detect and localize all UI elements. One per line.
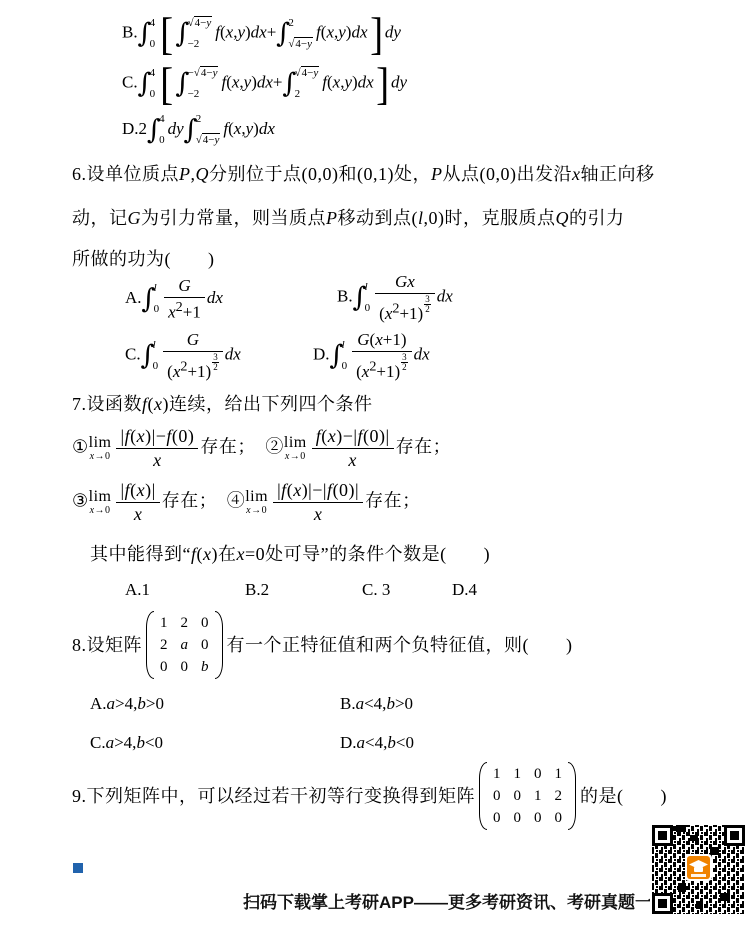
q6-text-line2: 动，记G为引力常量，则当质点P移动到点(l,0)时，克服质点Q的引力 <box>72 207 625 230</box>
q8-option-c: C.a>4,b<0 <box>90 732 163 753</box>
q6-text-line1: 6.设单位质点P,Q分别位于点(0,0)和(0,1)处，P从点(0,0)出发沿x… <box>72 163 654 186</box>
matrix-cell: 0 <box>555 809 563 828</box>
matrix-cell: 0 <box>534 765 542 784</box>
q5-option-c: C.∫40[∫−√4−y−2f(x,y)dx+∫√4−y2f(x,y)dx]dy <box>122 64 407 103</box>
matrix-cell: 0 <box>493 787 501 806</box>
exam-page: B.∫40[∫√4−y−2f(x,y)dx+∫2√4−yf(x,y)dx]dy … <box>0 0 750 934</box>
matrix-cell: 1 <box>514 765 522 784</box>
matrix-cell: 0 <box>201 614 209 633</box>
q7-answer-c: C. 3 <box>362 579 390 600</box>
matrix-cell: 0 <box>493 809 501 828</box>
q7-condition-3-4: ③limx→0|f(x)|x存在； ④limx→0|f(x)|−|f(0)|x存… <box>72 480 421 524</box>
matrix-cell: 1 <box>493 765 501 784</box>
matrix-left-paren <box>146 611 154 679</box>
qr-finder-top-right <box>724 825 745 846</box>
q7-conclusion: 其中能得到“f(x)在x=0处可导”的条件个数是( ) <box>90 543 490 566</box>
q8-option-d: D.a<4,b<0 <box>340 732 414 753</box>
qr-finder-bottom-left <box>652 893 673 914</box>
qr-finder-top-left <box>652 825 673 846</box>
q8-stem-prefix: 8.设矩阵 <box>72 634 142 657</box>
q8-option-a: A.a>4,b>0 <box>90 693 164 714</box>
matrix-cell: 2 <box>181 614 189 633</box>
q9-stem-suffix: 的是( ) <box>580 785 667 808</box>
matrix-cell: 0 <box>514 809 522 828</box>
matrix-right-paren <box>215 611 223 679</box>
matrix-cell: 1 <box>555 765 563 784</box>
matrix-cell: 0 <box>534 809 542 828</box>
matrix-cell: 0 <box>181 658 189 677</box>
q7-condition-1-2: ①limx→0|f(x)|−f(0)x存在； ②limx→0f(x)−|f(0)… <box>72 426 451 470</box>
matrix-cell: 1 <box>534 787 542 806</box>
matrix-cell: b <box>201 658 209 677</box>
q9-stem: 9.下列矩阵中，可以经过若干初等行变换得到矩阵 1 1 0 1 0 0 1 2 … <box>72 762 667 830</box>
footer-note: 扫码下载掌上考研APP——更多考研资讯、考研真题一键获取 <box>243 888 703 913</box>
q6-option-d: D.∫l0G(x+1)(x2+1)32dx <box>313 330 430 381</box>
matrix-cell: 0 <box>201 636 209 655</box>
matrix-cell: 1 <box>160 614 168 633</box>
q7-answer-d: D.4 <box>452 579 477 600</box>
qr-code-icon <box>650 823 747 921</box>
matrix-right-paren <box>568 762 576 830</box>
q8-option-b: B.a<4,b>0 <box>340 693 413 714</box>
matrix-cell: 0 <box>160 658 168 677</box>
qr-code-pattern <box>650 823 747 916</box>
matrix-left-paren <box>479 762 487 830</box>
graduation-cap-icon <box>685 854 712 881</box>
q8-matrix: 1 2 0 2 a 0 0 0 b <box>146 611 223 679</box>
q6-option-a: A.∫l0Gx2+1dx <box>125 276 223 322</box>
matrix-cell: 2 <box>160 636 168 655</box>
q6-option-c: C.∫l0G(x2+1)32dx <box>125 330 241 381</box>
q6-text-line3: 所做的功为( ) <box>72 248 215 271</box>
q5-option-d: D.2∫40dy∫2√4−yf(x,y)dx <box>122 114 275 146</box>
q8-stem-suffix: 有一个正特征值和两个负特征值，则( ) <box>227 634 573 657</box>
q7-answer-a: A.1 <box>125 579 150 600</box>
q7-title: 7.设函数f(x)连续，给出下列四个条件 <box>72 393 373 416</box>
q7-answer-b: B.2 <box>245 579 269 600</box>
q9-matrix: 1 1 0 1 0 0 1 2 0 0 0 0 <box>479 762 576 830</box>
q6-option-b: B.∫l0Gx(x2+1)32dx <box>337 272 453 323</box>
matrix-cell: a <box>181 636 189 655</box>
blue-square-marker <box>73 863 83 873</box>
matrix-cell: 2 <box>555 787 563 806</box>
matrix-cell: 0 <box>514 787 522 806</box>
q8-stem: 8.设矩阵 1 2 0 2 a 0 0 0 b 有一个正特征值和两个负特征值，则… <box>72 611 573 679</box>
q9-stem-prefix: 9.下列矩阵中，可以经过若干初等行变换得到矩阵 <box>72 785 475 808</box>
q5-option-b: B.∫40[∫√4−y−2f(x,y)dx+∫2√4−yf(x,y)dx]dy <box>122 14 401 53</box>
